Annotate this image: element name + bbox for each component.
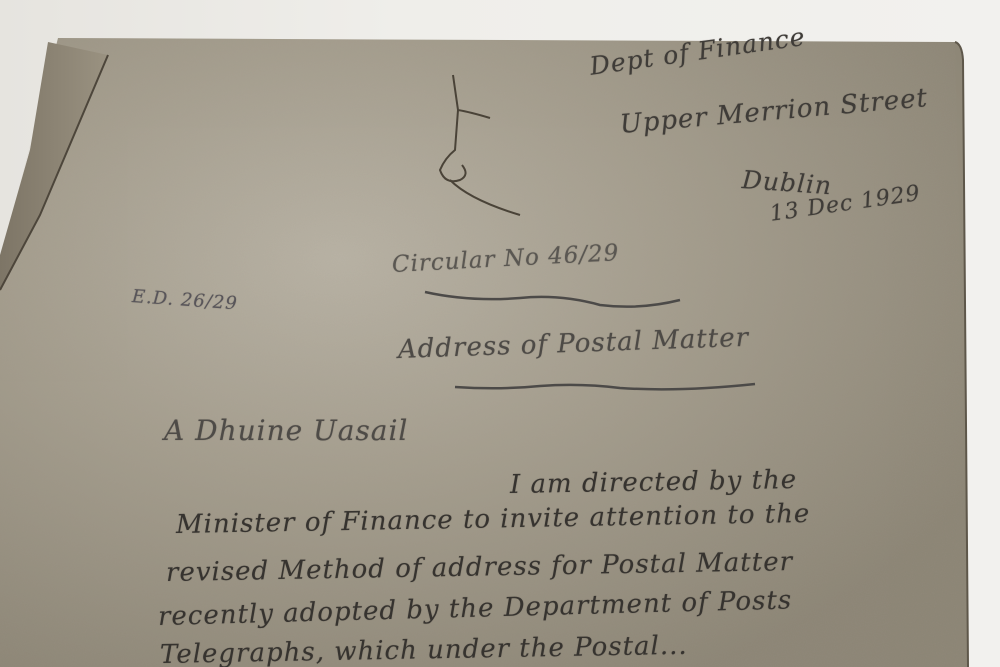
body-line: I am directed by the <box>510 465 798 500</box>
salutation: A Dhuine Uasail <box>164 414 408 447</box>
letter-sheet: Dept of Finance Upper Merrion Street Dub… <box>0 0 1000 667</box>
